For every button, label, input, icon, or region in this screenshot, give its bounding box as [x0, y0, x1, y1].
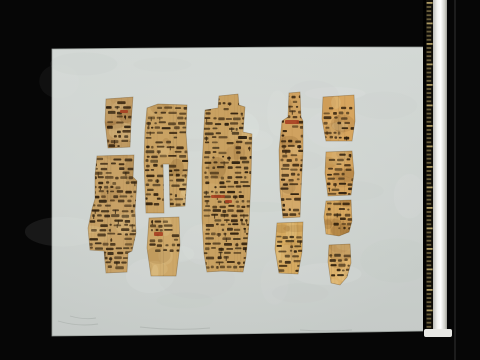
photo-stage	[0, 0, 480, 360]
ruler-tick	[427, 293, 432, 295]
ruler-tick	[427, 133, 432, 135]
ruler-tick	[427, 109, 432, 111]
ruler-tick	[427, 260, 432, 262]
ruler-tick	[427, 158, 432, 160]
ruler-tick	[427, 125, 433, 127]
ruler-tick	[427, 47, 432, 49]
ruler-tick	[427, 277, 432, 279]
ruler-tick	[427, 88, 432, 90]
ruler-tick	[427, 318, 432, 320]
ruler-tick	[427, 100, 432, 102]
ruler-tick	[427, 207, 433, 209]
ruler-tick	[427, 182, 432, 184]
ruler-tick	[427, 236, 432, 238]
ruler-tick	[427, 121, 432, 123]
ruler-tick	[427, 252, 432, 254]
ruler-tick	[427, 310, 433, 312]
ruler-tick	[427, 178, 432, 180]
ruler-tick	[427, 248, 433, 250]
ruler-tick	[427, 113, 432, 115]
ruler-tick	[427, 264, 432, 266]
ruler-tick	[427, 27, 432, 29]
ruler-blade	[433, 0, 447, 336]
ruler-tick	[427, 162, 432, 164]
ruler-tick	[427, 322, 432, 324]
rubric-mark	[120, 110, 128, 113]
ruler-tick	[427, 281, 432, 283]
ruler-tick	[427, 314, 432, 316]
rubric-mark	[154, 232, 163, 236]
papyrus-artifact-photo	[0, 0, 480, 360]
ruler-tick	[427, 117, 432, 119]
ruler-tick	[427, 154, 432, 156]
ruler-tick	[427, 55, 432, 57]
ruler-tick	[427, 273, 432, 275]
ruler-tick	[427, 23, 433, 25]
ruler-tick	[427, 228, 433, 230]
ruler-tick	[427, 219, 432, 221]
ruler-tick	[427, 68, 432, 70]
ruler-tick	[427, 105, 433, 107]
ruler-tick	[427, 64, 433, 66]
ruler-tick	[427, 203, 432, 205]
ruler-tick	[427, 2, 433, 4]
ruler-tick	[427, 199, 432, 201]
ruler-tick	[427, 6, 432, 8]
ruler-tick	[427, 326, 432, 328]
ruler-tick	[427, 80, 432, 82]
rubric-mark	[285, 120, 299, 124]
ruler-edge-reflection	[454, 0, 456, 360]
ruler-tick	[427, 10, 432, 12]
ruler-tick	[427, 51, 432, 53]
ruler-tick	[427, 129, 432, 131]
ruler-tick	[427, 39, 432, 41]
rubric-mark	[211, 195, 225, 198]
ruler-tick	[427, 43, 433, 45]
ruler-tick	[427, 72, 432, 74]
ruler-tick	[427, 244, 432, 246]
ruler-tick	[427, 150, 432, 152]
ruler-tick	[427, 297, 432, 299]
ruler-tick	[427, 76, 432, 78]
ruler-tick	[427, 31, 432, 33]
ruler-tick	[427, 18, 432, 20]
ruler-tick	[427, 35, 432, 37]
ruler-tick	[427, 195, 432, 197]
ruler-tick	[427, 269, 433, 271]
ruler-tick	[427, 187, 433, 189]
ruler-tick	[427, 84, 433, 86]
ruler-tick	[427, 301, 432, 303]
ruler-tick	[427, 191, 432, 193]
ruler-tick	[427, 141, 432, 143]
ruler-tick	[427, 146, 433, 148]
ruler-tick	[427, 215, 432, 217]
ruler-tick	[427, 232, 432, 234]
ruler-tick	[427, 170, 432, 172]
ruler-tick	[427, 92, 432, 94]
ruler-foot	[424, 329, 452, 337]
ruler-tick	[427, 240, 432, 242]
ruler-tick	[427, 174, 432, 176]
ruler-tick	[427, 305, 432, 307]
ruler-tick	[427, 223, 432, 225]
ruler-tick	[427, 96, 432, 98]
ruler-tick	[427, 137, 432, 139]
ruler-tick	[427, 14, 432, 16]
ruler-tick	[427, 285, 432, 287]
ruler-tick	[427, 289, 433, 291]
ruler-tick	[427, 166, 433, 168]
ruler-tick	[427, 59, 432, 61]
ruler-tick	[427, 211, 432, 213]
ruler-tick	[427, 256, 432, 258]
rubric-mark	[225, 200, 232, 203]
